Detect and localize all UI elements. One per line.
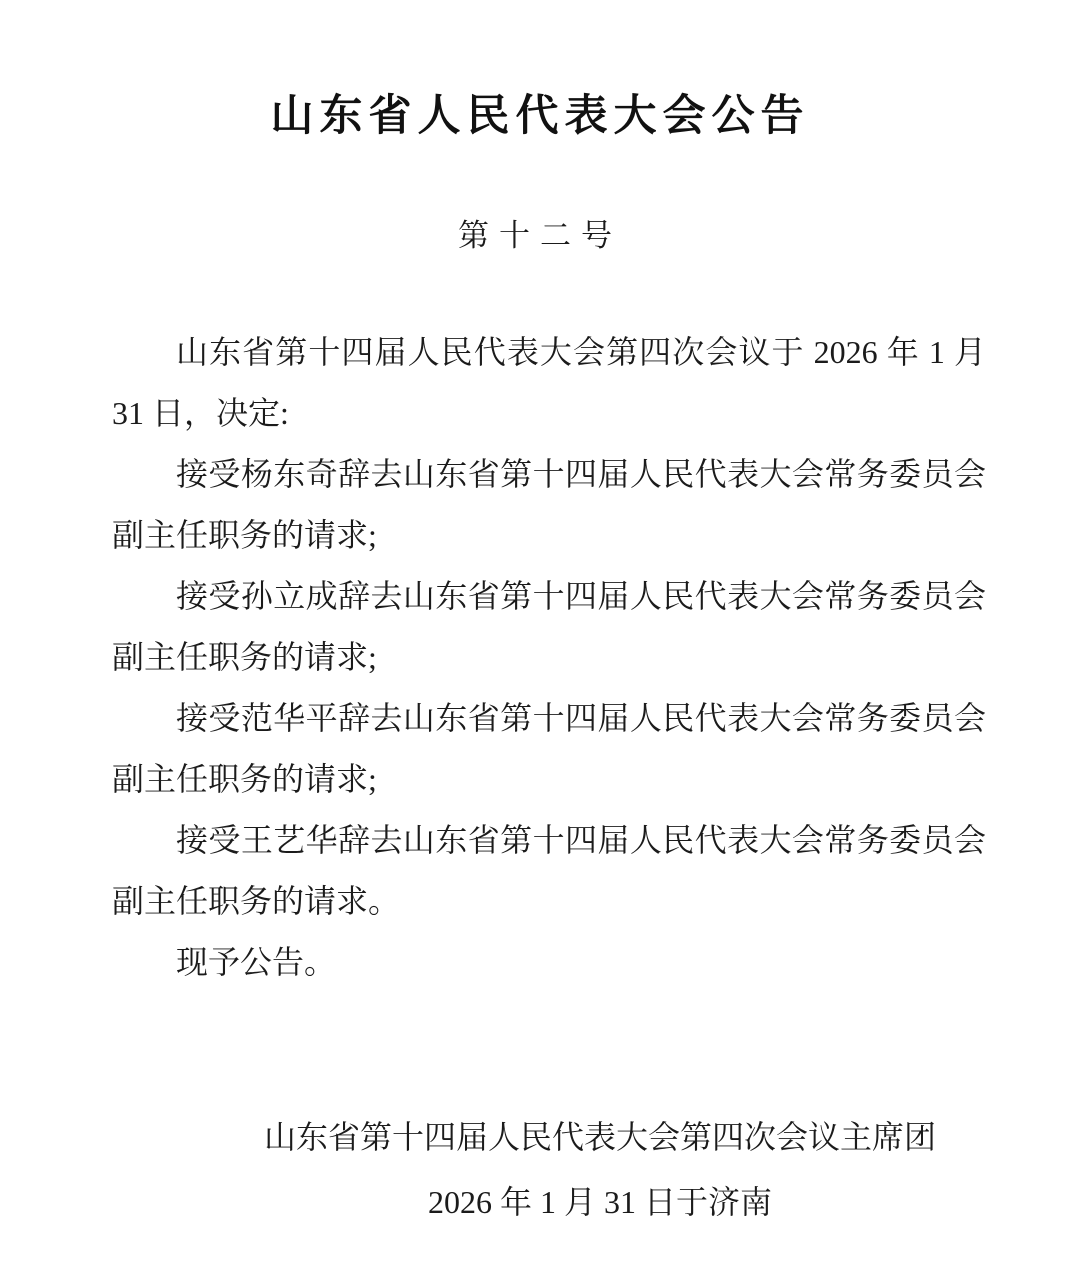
- signature-block: 山东省第十四届人民代表大会第四次会议主席团 2026 年 1 月 31 日于济南: [0, 1105, 1080, 1235]
- document-body: 山东省第十四届人民代表大会第四次会议于 2026 年 1 月 31 日，决定: …: [112, 322, 986, 993]
- signature-line: 山东省第十四届人民代表大会第四次会议主席团: [120, 1105, 1080, 1170]
- body-paragraph-closing: 现予公告。: [112, 932, 986, 993]
- page-title: 山东省人民代表大会公告: [0, 0, 1080, 138]
- document-number: 第十二号: [0, 220, 1080, 251]
- body-paragraph-resignation-1: 接受杨东奇辞去山东省第十四届人民代表大会常务委员会副主任职务的请求;: [112, 444, 986, 566]
- body-paragraph-resignation-4: 接受王艺华辞去山东省第十四届人民代表大会常务委员会副主任职务的请求。: [112, 810, 986, 932]
- announcement-page: 山东省人民代表大会公告 第十二号 山东省第十四届人民代表大会第四次会议于 202…: [0, 0, 1080, 1262]
- body-paragraph-resignation-3: 接受范华平辞去山东省第十四届人民代表大会常务委员会副主任职务的请求;: [112, 688, 986, 810]
- body-paragraph-resignation-2: 接受孙立成辞去山东省第十四届人民代表大会常务委员会副主任职务的请求;: [112, 566, 986, 688]
- date-line: 2026 年 1 月 31 日于济南: [120, 1170, 1080, 1235]
- body-paragraph-decision: 山东省第十四届人民代表大会第四次会议于 2026 年 1 月 31 日，决定:: [112, 322, 986, 444]
